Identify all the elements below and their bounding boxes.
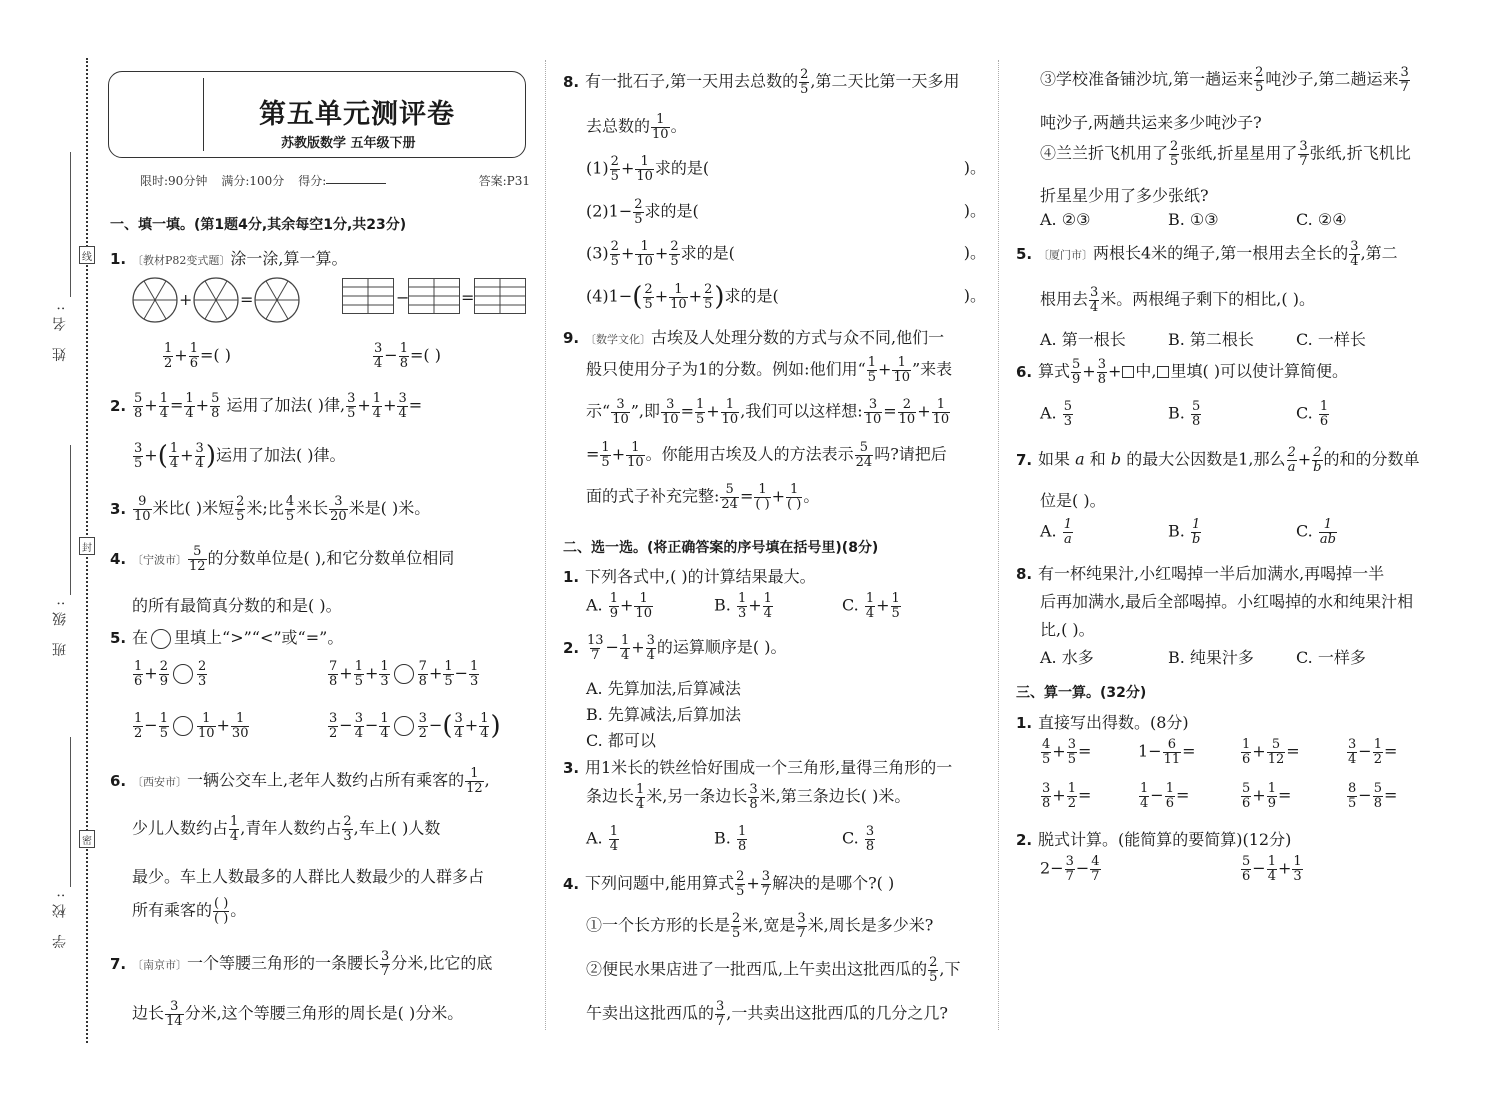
calc-item[interactable]: 1−611= [1138,738,1196,766]
title-box-divider [203,78,204,151]
name-label: 姓 名: [50,300,70,361]
option-b[interactable]: B. 13+14 [714,592,842,620]
option-b[interactable]: B. 18 [714,825,842,853]
pie-diagram-3[interactable] [254,277,300,323]
calc-item[interactable]: 16+512= [1240,738,1300,766]
s2q3-options: A. 14B. 18C. 38 [586,825,970,853]
option-a[interactable]: A. 水多 [1040,645,1168,668]
q5-prompt: 5.在里填上“>”“<”或“=”。 [110,625,343,649]
q4-line1: 4.〔宁波市〕512的分数单位是( ),和它分数单位相同 [110,545,454,573]
exam-meta: 限时:90分钟 满分:100分 得分: 答案:P31 [140,172,530,189]
q1-expression-right: 34−18=( ) [372,342,441,370]
section2-title: 二、选一选。(将正确答案的序号填在括号里)(8分) [563,537,878,557]
s2q4-item3-line2: 吨沙子,两趟共运来多少吨沙子? [1040,110,1262,133]
q9-line5: 面的式子补充完整:524=1( )+1( )。 [586,483,819,511]
option-a[interactable]: A. 19+110 [586,592,714,620]
s2q4-item2-line1: ②便民水果店进了一批西瓜,上午卖出这批西瓜的25,下 [586,956,960,984]
s2q6-prompt: 6.算式59+38+中,里填( )可以使计算简便。 [1016,358,1348,386]
q8-sub1[interactable]: (1)25+110求的是()。 [586,155,986,183]
q5-compare-1: 16+2923 [132,660,208,688]
page-subtitle: 苏教版数学 五年级下册 [281,132,416,151]
title-box: 第五单元测评卷 苏教版数学 五年级下册 [108,71,526,158]
s2q2-prompt: 2.137−14+34的运算顺序是( )。 [563,634,787,662]
calc-item[interactable]: 85−58= [1346,782,1397,810]
answer-blank[interactable]: 分米,这个等腰三角形的周长是( )分米。 [185,1004,464,1023]
option-b[interactable]: B. 纯果汁多 [1168,645,1296,668]
option-a[interactable]: A. ②③ [1040,210,1168,229]
s2q5-line1: 5.〔厦门市〕两根长4米的绳子,第一根用去全长的34,第二 [1016,240,1398,268]
section1-title: 一、填一填。(第1题4分,其余每空1分,共23分) [110,214,406,234]
circle-icon [151,629,171,649]
s2q7-options: A. 1aB. 1bC. 1ab [1040,518,1424,546]
q6-line2: 少儿人数约占14,青年人数约占23,车上( )人数 [132,815,440,843]
option-c[interactable]: C. 38 [842,825,970,853]
q1-text: 涂一涂,算一算。 [230,249,347,268]
q7-line1: 7.〔南京市〕一个等腰三角形的一条腰长37分米,比它的底 [110,950,492,978]
option-c[interactable]: C. 一样长 [1296,327,1424,350]
s3q2-prompt: 2.脱式计算。(能简算的要简算)(12分) [1016,827,1291,850]
s2q1-options: A. 19+110B. 13+14C. 14+15 [586,592,970,620]
calc-item[interactable]: 38+12= [1040,782,1091,810]
answer-blank[interactable]: 米是( )米。 [349,499,431,518]
s2q4-item3-line1: ③学校准备铺沙坑,第一趟运来25吨沙子,第二趟运来37 [1040,66,1411,94]
q1-number: 1. [110,250,132,268]
calc-item[interactable]: 2−37−47 [1040,855,1102,883]
q3: 3.910米比( )米短25米;比45米长320米是( )米。 [110,495,430,523]
answer-blank[interactable]: =( ) [200,346,231,365]
answer-blank[interactable]: ,车上( )人数 [354,819,441,838]
q9-line1: 9.〔数学文化〕古埃及人处理分数的方式与众不同,他们一 [563,325,944,348]
answer-blank[interactable]: 运用了加法( )律, [226,396,345,415]
q9-line2: 般只使用分子为1的分数。例如:他们用“15+110”来表 [586,356,952,384]
plus-sign: + [179,290,192,309]
option-b[interactable]: B. 58 [1168,400,1296,428]
page-title: 第五单元测评卷 [259,92,455,131]
grid-diagram-1[interactable] [342,278,394,314]
calc-item[interactable]: 45+35= [1040,738,1091,766]
column-divider [545,60,546,1030]
answer-blank[interactable]: 1( ) [754,483,770,511]
compare-circle[interactable] [394,664,414,684]
answer-blank[interactable]: =( ) [410,346,441,365]
s2q4-item1: ①一个长方形的长是25米,宽是37米,周长是多少米? [586,912,933,940]
q8-line2: 去总数的110。 [586,113,687,141]
answer-blank[interactable]: 1( ) [786,483,802,511]
s2q6-options: A. 53B. 58C. 16 [1040,400,1424,428]
score-label: 得分: [298,172,326,189]
q6-line3: 最少。车上人数最多的人群比人数最少的人群多占 [132,864,484,887]
school-label: 学 校: [50,887,70,948]
option-c[interactable]: C. 14+15 [842,592,970,620]
s2q3-line1: 3.用1米长的铁丝恰好围成一个三角形,量得三角形的一 [563,755,952,778]
exam-page: 姓 名: 班 级: 学 校: 线 封 密 第五单元测评卷 苏教版数学 五年级下册… [0,0,1504,1107]
s2q2-option-a[interactable]: A. 先算加法,后算减法 [586,676,741,699]
full-score: 满分:100分 [221,172,284,189]
option-c[interactable]: C. 1ab [1296,518,1424,546]
q6-line4: 所有乘客的( )( )。 [132,897,246,925]
calc-item[interactable]: 34−12= [1346,738,1397,766]
section3-title: 三、算一算。(32分) [1016,682,1146,702]
answer-blank[interactable]: 的分数单位是( ),和它分数单位相同 [208,549,455,568]
stamp-feng: 封 [79,537,95,555]
compare-circle[interactable] [394,716,414,736]
calc-item[interactable]: 56+19= [1240,782,1291,810]
s2q8-line2: 后再加满水,最后全部喝掉。小红喝掉的水和纯果汁相 [1040,589,1413,612]
answer-ref: 答案:P31 [479,172,530,189]
option-c[interactable]: C. 16 [1296,400,1424,428]
square-box-icon [1122,366,1134,378]
q2-line2: 35+(14+34)运用了加法( )律。 [132,442,346,470]
pie-diagram-2[interactable] [193,277,239,323]
option-a[interactable]: A. 1a [1040,518,1168,546]
s2q4-item2-line2: 午卖出这批西瓜的37,一共卖出这批西瓜的几分之几? [586,1000,948,1028]
q1-prompt: 1.〔教材P82变式题〕涂一涂,算一算。 [110,246,348,269]
calc-item[interactable]: 14−16= [1138,782,1189,810]
q8-sub2[interactable]: (2)1−25求的是()。 [586,198,986,226]
s2q8-line3[interactable]: 比,( )。 [1040,617,1095,640]
equals-sign: = [240,290,253,309]
q4-line2[interactable]: 的所有最简真分数的和是( )。 [132,593,342,616]
s2q7-line1: 7.如果 a 和 b 的最大公因数是1,那么2a+2b的和的分数单 [1016,446,1420,474]
q1-tag: 〔教材P82变式题〕 [132,254,230,267]
s2q1-prompt: 1.下列各式中,( )的计算结果最大。 [563,564,816,587]
pie-diagram-1[interactable] [132,277,178,323]
option-a[interactable]: A. 第一根长 [1040,327,1168,350]
s2q5-options: A. 第一根长B. 第二根长C. 一样长 [1040,327,1424,350]
q6-line1: 6.〔西安市〕一辆公交车上,老年人数约占所有乘客的112, [110,767,490,795]
s2q4-options: A. ②③B. ①③C. ②④ [1040,210,1424,229]
s2q8-line1: 8.有一杯纯果汁,小红喝掉一半后加满水,再喝掉一半 [1016,561,1384,584]
q8-line1: 8.有一批石子,第一天用去总数的25,第二天比第一天多用 [563,68,959,96]
grid-diagram-3[interactable] [474,278,526,314]
compare-circle[interactable] [173,716,193,736]
q9-line3: 示“310”,即310=15+110,我们可以这样想:310=210+110 [586,398,951,426]
q9-line4: =15+110。你能用古埃及人的方法表示524吗?请把后 [586,441,947,469]
school-underline [70,737,71,887]
option-a[interactable]: A. 14 [586,825,714,853]
option-b[interactable]: B. 1b [1168,518,1296,546]
q5-compare-3: 12−15110+130 [132,712,250,740]
s2q4-item4-line1: ④兰兰折飞机用了25张纸,折星星用了37张纸,折飞机比 [1040,140,1411,168]
equals-sign: = [461,288,474,307]
s2q3-line2: 条边长14米,另一条边长38米,第三条边长( )米。 [586,783,910,811]
s3q1-prompt: 1.直接写出得数。(8分) [1016,710,1189,733]
s2q8-options: A. 水多B. 纯果汁多C. 一样多 [1040,645,1424,668]
option-b[interactable]: B. 第二根长 [1168,327,1296,350]
grid-diagram-2[interactable] [408,278,460,314]
q5-compare-4: 32−34−1432−(34+14) [327,712,501,740]
square-box-icon [1157,366,1169,378]
stamp-xian: 线 [79,246,95,264]
compare-circle[interactable] [173,664,193,684]
q8-sub4[interactable]: (4)1−(25+110+25)求的是()。 [586,283,986,311]
time-limit: 限时:90分钟 [140,172,207,189]
option-a[interactable]: A. 53 [1040,400,1168,428]
answer-blank[interactable]: 运用了加法( )律。 [216,446,346,465]
q8-sub3[interactable]: (3)25+110+25求的是()。 [586,240,986,268]
answer-blank[interactable]: 米比( )米短 [153,499,235,518]
column-divider [998,60,999,1030]
s2q2-option-b[interactable]: B. 先算减法,后算加法 [586,702,741,725]
option-c[interactable]: C. ②④ [1296,210,1424,229]
class-underline [70,445,71,595]
q5-compare-2: 78+15+1378+15−13 [327,660,480,688]
q1-expression-left: 12+16=( ) [162,342,231,370]
s2q7-line2[interactable]: 位是( )。 [1040,488,1106,511]
s2q4-prompt: 4.下列问题中,能用算式25+37解决的是哪个?( ) [563,870,894,898]
q7-line2: 边长314分米,这个等腰三角形的周长是( )分米。 [132,1000,463,1028]
name-underline [70,152,71,297]
class-label: 班 级: [50,595,70,656]
score-field[interactable] [326,172,386,184]
answer-fraction-blank[interactable]: ( )( ) [213,897,229,925]
option-c[interactable]: C. 一样多 [1296,645,1424,668]
q2-line1: 2.58+14=14+58 运用了加法( )律,35+14+34= [110,392,422,420]
s2q4-item4-line2: 折星星少用了多少张纸? [1040,183,1209,206]
option-b[interactable]: B. ①③ [1168,210,1296,229]
s2q2-option-c[interactable]: C. 都可以 [586,728,656,751]
s2q5-line2: 根用去34米。两根绳子剩下的相比,( )。 [1040,286,1315,314]
calc-item[interactable]: 56−14+13 [1240,855,1304,883]
stamp-mi: 密 [79,830,95,848]
